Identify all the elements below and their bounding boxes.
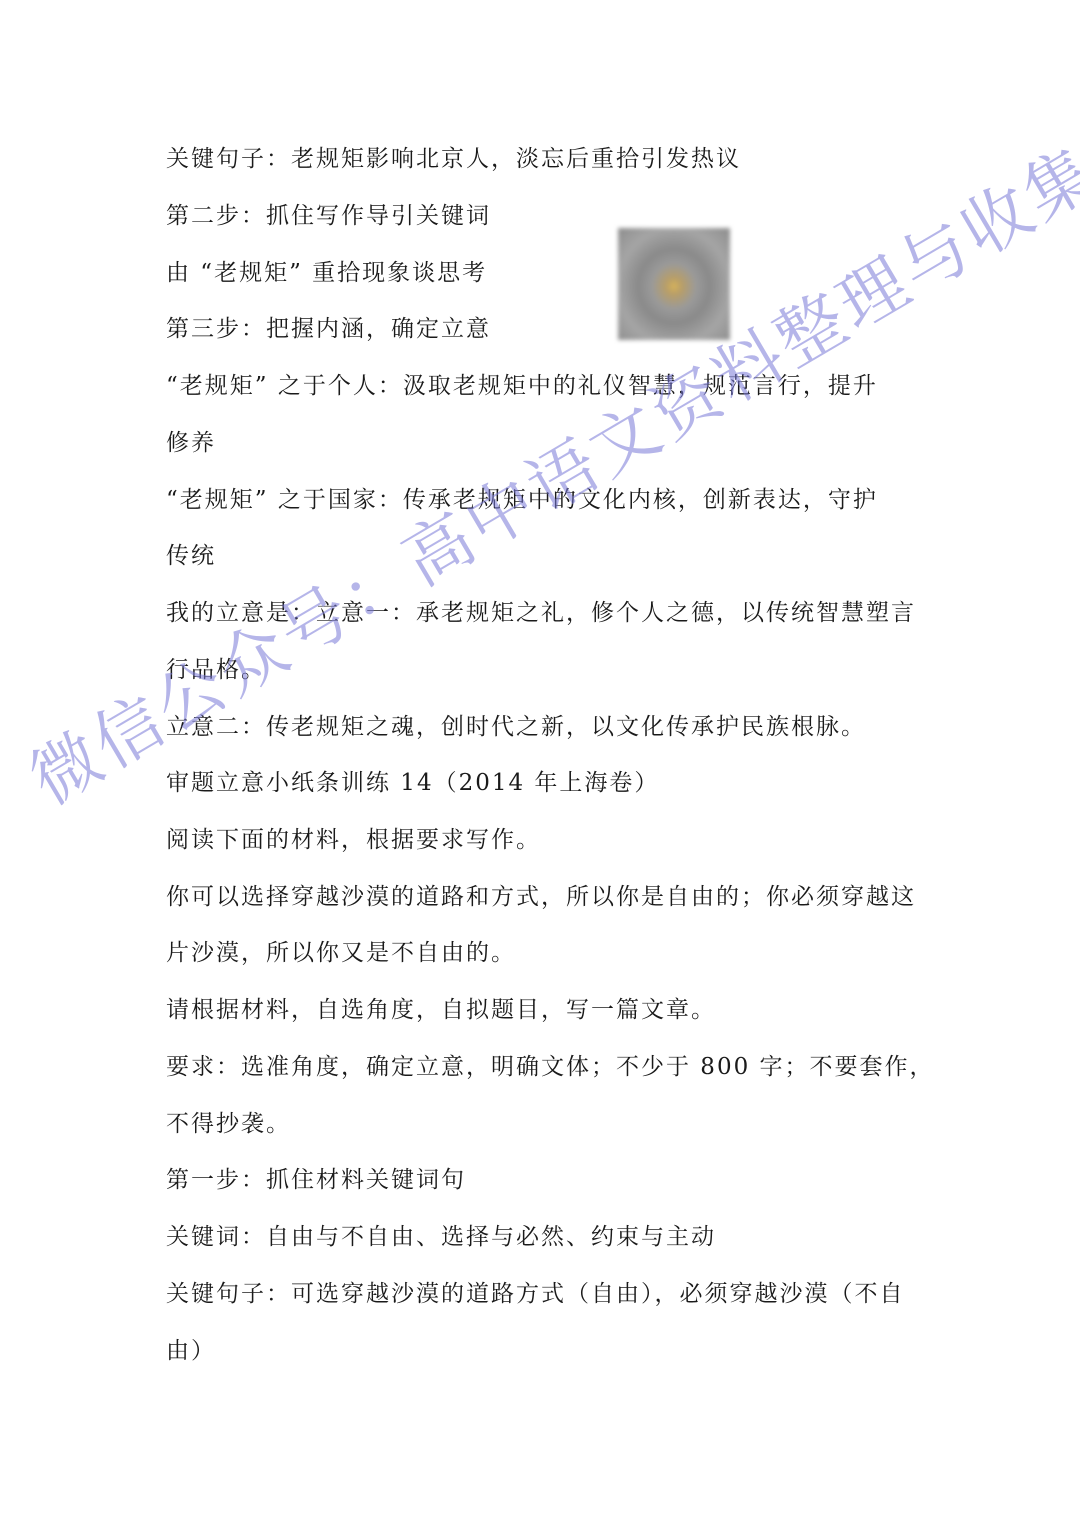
text-line: 第一步：抓住材料关键词句: [166, 1165, 466, 1195]
text-line: 关键句子：可选穿越沙漠的道路方式（自由），必须穿越沙漠（不自: [166, 1279, 905, 1309]
text-line: 片沙漠，所以你又是不自由的。: [166, 938, 516, 968]
text-line: 阅读下面的材料，根据要求写作。: [166, 825, 541, 855]
text-line: 第二步：抓住写作导引关键词: [166, 201, 491, 231]
document-page: 关键句子：老规矩影响北京人，淡忘后重拾引发热议 第二步：抓住写作导引关键词 由 …: [0, 0, 1080, 1528]
text-line: 由）: [166, 1336, 216, 1366]
text-line: 行品格。: [166, 655, 266, 685]
text-line: “老规矩” 之于国家：传承老规矩中的文化内核，创新表达，守护: [166, 485, 878, 515]
text-line: 传统: [166, 541, 216, 571]
text-line: 关键句子：老规矩影响北京人，淡忘后重拾引发热议: [166, 144, 741, 174]
text-line: 第三步：把握内涵，确定立意: [166, 314, 491, 344]
text-line: 立意二：传老规矩之魂，创时代之新，以文化传承护民族根脉。: [166, 712, 866, 742]
text-line: 请根据材料，自选角度，自拟题目，写一篇文章。: [166, 995, 716, 1025]
text-line: “老规矩” 之于个人：汲取老规矩中的礼仪智慧，规范言行，提升: [166, 371, 878, 401]
text-line: 要求：选准角度，确定立意，明确文体；不少于 800 字；不要套作，: [166, 1052, 935, 1082]
text-line: 关键词：自由与不自由、选择与必然、约束与主动: [166, 1222, 716, 1252]
section-title: 审题立意小纸条训练 14（2014 年上海卷）: [166, 768, 659, 798]
text-line: 我的立意是：立意一：承老规矩之礼，修个人之德，以传统智慧塑言: [166, 598, 916, 628]
text-line: 你可以选择穿越沙漠的道路和方式，所以你是自由的；你必须穿越这: [166, 882, 916, 912]
blurred-image: [618, 228, 730, 340]
text-line: 由 “老规矩” 重拾现象谈思考: [166, 258, 487, 288]
text-line: 不得抄袭。: [166, 1109, 291, 1139]
text-line: 修养: [166, 428, 216, 458]
